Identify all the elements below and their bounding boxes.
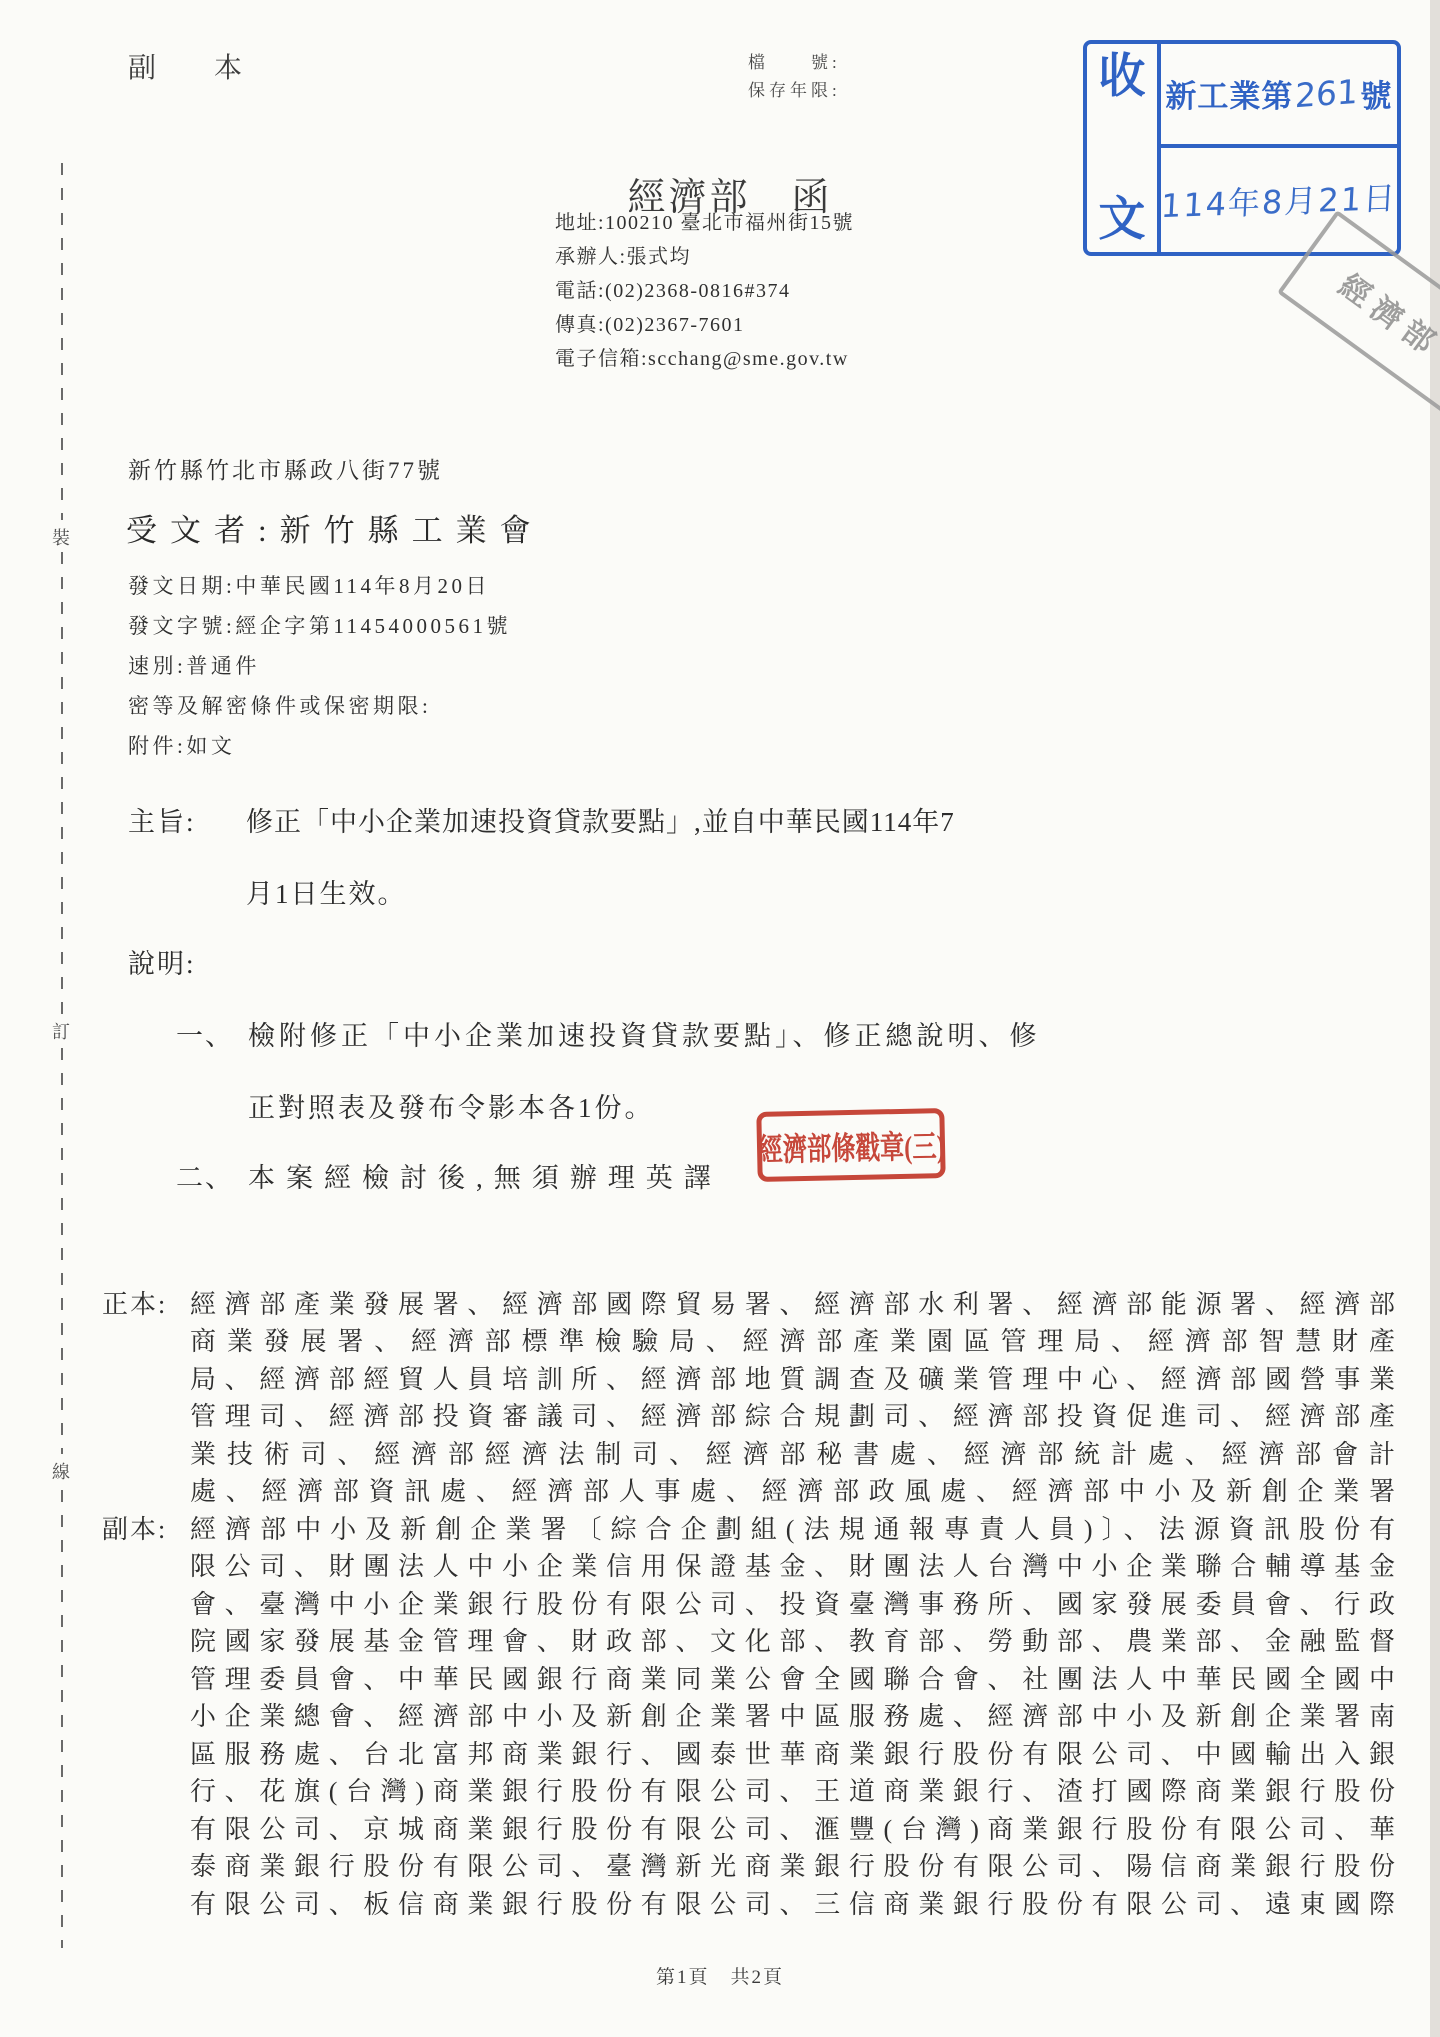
binding-dash-segment [61, 552, 63, 1014]
scanned-letter-page: 裝 訂 線 副 本 檔 號: 保存年限: 經濟部 函 收 文 新工業第 261 … [0, 0, 1440, 2037]
main-copy-line: 處、經濟部資訊處、經濟部人事處、經濟部政風處、經濟部中小及新創企業署 [190, 1471, 1395, 1508]
cc-copy-line: 院國家發展基金管理會、財政部、文化部、教育部、勞動部、農業部、金融監督 [190, 1621, 1395, 1658]
retention-period-label: 保存年限: [748, 76, 841, 101]
cc-copy-line: 管理委員會、中華民國銀行商業同業公會全國聯合會、社團法人中華民國全國中 [190, 1659, 1395, 1696]
contact-email: 電子信箱:scchang@sme.gov.tw [555, 342, 849, 371]
contact-address: 地址:100210 臺北市福州街15號 [555, 206, 854, 235]
received-number-suffix: 號 [1360, 71, 1392, 116]
cc-copy-line: 區服務處、台北富邦商業銀行、國泰世華商業銀行股份有限公司、中國輸出入銀 [190, 1734, 1395, 1771]
main-copy-line: 局、經濟部經貿人員培訓所、經濟部地質調查及礦業管理中心、經濟部國營事業 [190, 1359, 1395, 1396]
subject-line-1: 修正「中小企業加速投資貸款要點」,並自中華民國114年7 [246, 800, 955, 839]
confidentiality-line: 密等及解密條件或保密期限: [128, 690, 431, 720]
contact-phone: 電話:(02)2368-0816#374 [555, 274, 791, 303]
speed-class-line: 速別:普通件 [128, 650, 260, 680]
received-stamp-number-row: 新工業第 261 號 [1161, 44, 1397, 148]
main-copy-line: 經濟部產業發展署、經濟部國際貿易署、經濟部水利署、經濟部能源署、經濟部 [190, 1284, 1395, 1321]
issue-number-line: 發文字號:經企字第11454000561號 [128, 610, 511, 640]
binding-char-zhuang: 裝 [52, 524, 70, 550]
issue-date-line: 發文日期:中華民國114年8月20日 [128, 570, 490, 600]
cc-copy-line: 會、臺灣中小企業銀行股份有限公司、投資臺灣事務所、國家發展委員會、行政 [190, 1584, 1395, 1621]
contact-fax: 傳真:(02)2367-7601 [555, 308, 745, 337]
cc-copy-line: 有限公司、板信商業銀行股份有限公司、三信商業銀行股份有限公司、遠東國際 [190, 1884, 1395, 1921]
received-date-handwritten: 114年8月21日 [1160, 173, 1398, 227]
binding-char-ding: 訂 [52, 1018, 70, 1044]
attachment-line: 附件:如文 [128, 730, 235, 760]
main-copy-line: 管理司、經濟部投資審議司、經濟部綜合規劃司、經濟部投資促進司、經濟部產 [190, 1396, 1395, 1433]
binding-dash-segment [61, 163, 63, 520]
item2-number: 二、 [176, 1156, 234, 1195]
item1-line-2: 正對照表及發布令影本各1份。 [248, 1086, 655, 1125]
cc-copy-line: 有限公司、京城商業銀行股份有限公司、滙豐(台灣)商業銀行股份有限公司、華 [190, 1809, 1395, 1846]
explanation-label: 說明: [128, 942, 196, 981]
cc-copy-line: 行、花旗(台灣)商業銀行股份有限公司、王道商業銀行、渣打國際商業銀行股份 [190, 1771, 1395, 1808]
binding-dash-segment [61, 1048, 63, 1454]
recipient-line: 受文者:新竹縣工業會 [126, 505, 544, 550]
ministry-red-seal: 經濟部條戳章(三) [756, 1108, 945, 1182]
cc-copy-line: 泰商業銀行股份有限公司、臺灣新光商業銀行股份有限公司、陽信商業銀行股份 [190, 1846, 1395, 1883]
binding-char-xian: 線 [52, 1458, 70, 1484]
item2-text: 本案經檢討後,無須辦理英譯 [248, 1156, 722, 1195]
received-stamp-char-shou: 收 [1098, 54, 1145, 101]
cc-copy-line: 經濟部中小及新創企業署〔綜合企劃組(法規通報專責人員)〕、法源資訊股份有 [190, 1509, 1395, 1546]
subject-label: 主旨: [128, 800, 196, 839]
received-stamp-char-wen: 文 [1098, 197, 1145, 244]
cc-copy-label: 副本: [102, 1509, 167, 1546]
page-indicator: 第1頁 共2頁 [0, 1962, 1440, 1989]
copy-label: 副 本 [128, 46, 257, 86]
binding-dash-segment [61, 1490, 63, 1948]
main-copy-line: 業技術司、經濟部經濟法制司、經濟部秘書處、經濟部統計處、經濟部會計 [190, 1434, 1395, 1471]
received-number-handwritten: 261 [1295, 72, 1359, 116]
contact-person: 承辦人:張式均 [555, 240, 691, 269]
subject-line-2: 月1日生效。 [246, 872, 407, 911]
received-number-prefix: 新工業第 [1165, 71, 1293, 116]
cc-copy-line: 限公司、財團法人中小企業信用保證基金、財團法人台灣中小企業聯合輔導基金 [190, 1546, 1395, 1583]
ministry-red-seal-text: 經濟部條戳章(三) [757, 1120, 944, 1170]
main-copy-line: 商業發展署、經濟部標準檢驗局、經濟部產業園區管理局、經濟部智慧財產 [190, 1321, 1395, 1358]
cc-copy-line: 小企業總會、經濟部中小及新創企業署中區服務處、經濟部中小及新創企業署南 [190, 1696, 1395, 1733]
main-copy-label: 正本: [102, 1284, 167, 1321]
file-number-label: 檔 號: [748, 48, 841, 73]
item1-number: 一、 [176, 1014, 234, 1053]
item1-line-1: 檢附修正「中小企業加速投資貸款要點」、修正總說明、修 [248, 1014, 1041, 1053]
received-stamp-right-cell: 新工業第 261 號 114年8月21日 [1161, 44, 1397, 252]
recipient-street-address: 新竹縣竹北市縣政八街77號 [128, 452, 443, 485]
received-stamp-left-cell: 收 文 [1087, 44, 1161, 252]
